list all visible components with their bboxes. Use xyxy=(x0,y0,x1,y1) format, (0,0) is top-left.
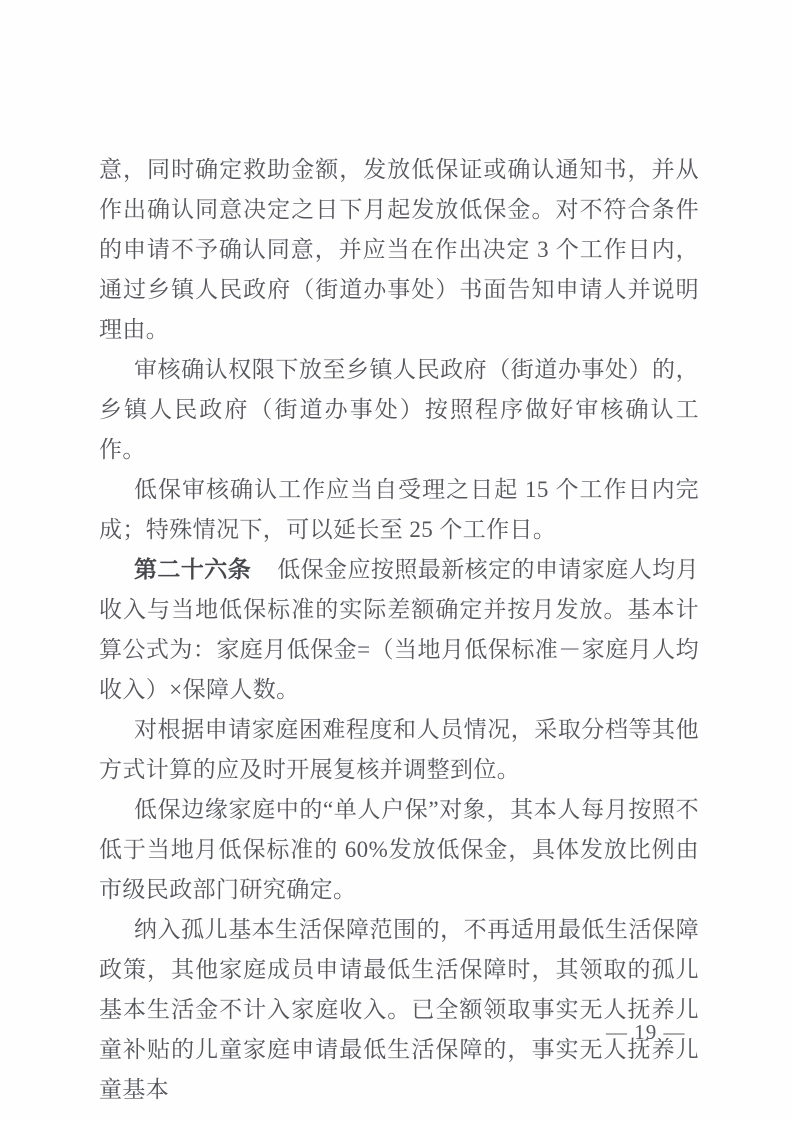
paragraph: 纳入孤儿基本生活保障范围的，不再适用最低生活保障政策，其他家庭成员申请最低生活保… xyxy=(99,910,699,1110)
paragraph-text: 意，同时确定救助金额，发放低保证或确认通知书，并从作出确认同意决定之日下月起发放… xyxy=(99,157,699,342)
paragraph-text: 审核确认权限下放至乡镇人民政府（街道办事处）的，乡镇人民政府（街道办事处）按照程… xyxy=(99,357,699,462)
paragraph: 低保审核确认工作应当自受理之日起 15 个工作日内完成；特殊情况下，可以延长至 … xyxy=(99,470,699,550)
paragraph-text: 纳入孤儿基本生活保障范围的，不再适用最低生活保障政策，其他家庭成员申请最低生活保… xyxy=(99,917,699,1102)
paragraph: 低保边缘家庭中的“单人户保”对象，其本人每月按照不低于当地月低保标准的 60%发… xyxy=(99,790,699,910)
scanned-document-page: 意，同时确定救助金额，发放低保证或确认通知书，并从作出确认同意决定之日下月起发放… xyxy=(0,0,793,1121)
paragraph: 意，同时确定救助金额，发放低保证或确认通知书，并从作出确认同意决定之日下月起发放… xyxy=(99,150,699,350)
paragraph-text: 低保审核确认工作应当自受理之日起 15 个工作日内完成；特殊情况下，可以延长至 … xyxy=(99,477,699,542)
paragraph: 第二十六条低保金应按照最新核定的申请家庭人均月收入与当地低保标准的实际差额确定并… xyxy=(99,550,699,710)
paragraph-text: 对根据申请家庭困难程度和人员情况，采取分档等其他方式计算的应及时开展复核并调整到… xyxy=(99,717,699,782)
paragraph: 审核确认权限下放至乡镇人民政府（街道办事处）的，乡镇人民政府（街道办事处）按照程… xyxy=(99,350,699,470)
paragraph-text: 低保边缘家庭中的“单人户保”对象，其本人每月按照不低于当地月低保标准的 60%发… xyxy=(99,797,699,902)
page-number: — 19 — xyxy=(606,1020,686,1045)
paragraph: 对根据申请家庭困难程度和人员情况，采取分档等其他方式计算的应及时开展复核并调整到… xyxy=(99,710,699,790)
article-number: 第二十六条 xyxy=(134,557,251,582)
document-body: 意，同时确定救助金额，发放低保证或确认通知书，并从作出确认同意决定之日下月起发放… xyxy=(99,150,699,1110)
